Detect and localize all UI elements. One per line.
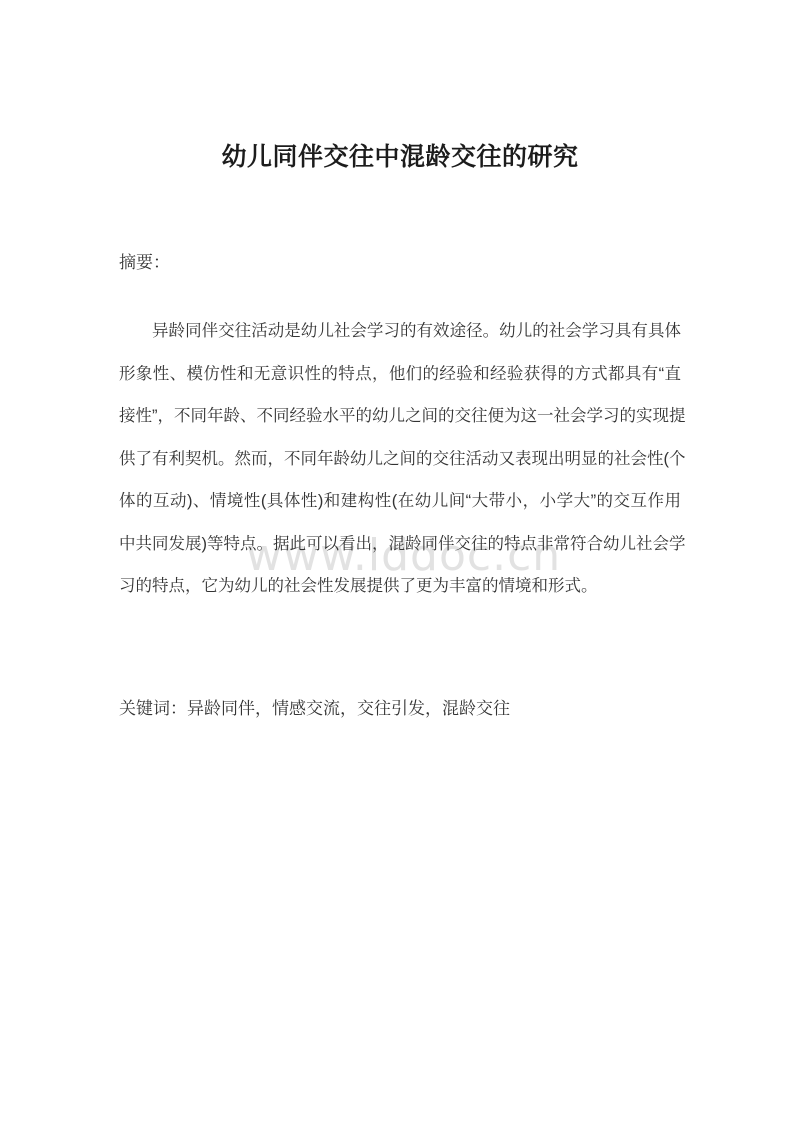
document-page: www.lddoc.cn 幼儿同伴交往中混龄交往的研究 摘要： 异龄同伴交往活动… [0,0,800,1132]
abstract-paragraph: 异龄同伴交往活动是幼儿社会学习的有效途径。幼儿的社会学习具有具体 形象性、模仿性… [119,310,681,608]
paragraph-line: 习的特点，它为幼儿的社会性发展提供了更为丰富的情境和形式。 [119,565,681,608]
paragraph-line: 形象性、模仿性和无意识性的特点，他们的经验和经验获得的方式都具有“直 [119,353,681,396]
paragraph-line: 异龄同伴交往活动是幼儿社会学习的有效途径。幼儿的社会学习具有具体 [119,310,681,353]
abstract-label: 摘要： [119,251,170,275]
paragraph-line: 中共同发展)等特点。据此可以看出，混龄同伴交往的特点非常符合幼儿社会学 [119,523,681,566]
page-title: 幼儿同伴交往中混龄交往的研究 [0,141,800,173]
paragraph-line: 体的互动)、情境性(具体性)和建构性(在幼儿间“大带小，小学大”的交互作用 [119,480,681,523]
paragraph-line: 供了有利契机。然而，不同年龄幼儿之间的交往活动又表现出明显的社会性(个 [119,438,681,481]
keywords-line: 关键词：异龄同伴，情感交流，交往引发，混龄交往 [119,697,510,721]
paragraph-line: 接性”，不同年龄、不同经验水平的幼儿之间的交往便为这一社会学习的实现提 [119,395,681,438]
